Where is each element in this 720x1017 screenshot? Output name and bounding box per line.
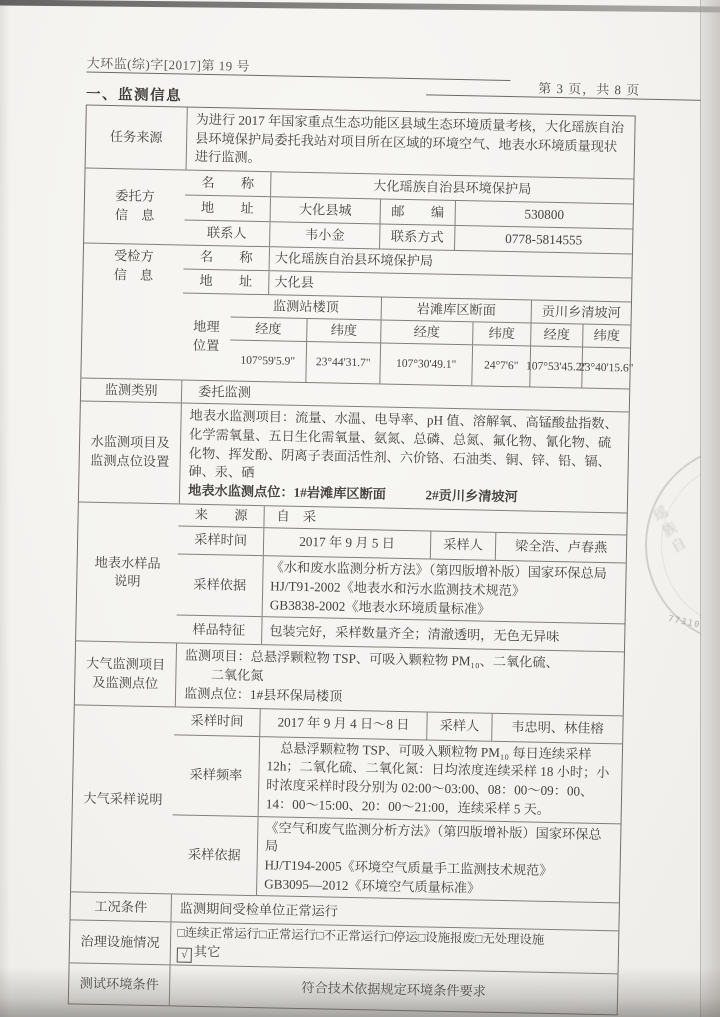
water-time-label: 采样时间	[178, 527, 264, 556]
geo-location-label: 地理 位置	[181, 294, 231, 381]
geo-location-block: 地理 位置 监测站楼顶 岩滩库区断面 贡川乡清坡河 经度 纬度 经度	[181, 293, 631, 389]
checkbox-other-icon: √	[177, 948, 192, 963]
water-items-content: 地表水监测项目：流量、水温、电导率、pH 值、溶解氧、高锰酸盐指数、化学需氧量、…	[179, 404, 629, 513]
geo-site-name: 监测站楼顶	[231, 295, 381, 320]
water-basis-label: 采样依据	[177, 555, 263, 617]
page-content: 大环监(综)字[2017]第 19 号 第 3 页，共 8 页 一、监测信息 任…	[0, 0, 720, 1017]
air-items-row: 大气监测项目 及监测点位 监测项目：总悬浮颗粒物 TSP、可吸入颗粒物 PM₁₀…	[75, 641, 624, 715]
inspected-address-label: 地 址	[183, 270, 268, 295]
client-postcode-label: 邮 编	[380, 200, 455, 226]
geo-lon-value: 107°59'5.9"	[229, 341, 306, 383]
geo-lat-value: 24°7'6"	[471, 346, 530, 387]
client-name-label: 名 称	[185, 171, 270, 197]
water-sample-row: 地表水样品 说明 来 源 自 采 采样时间 2017 年 9 月 5 日 采样人…	[76, 502, 627, 652]
geo-lon-header: 经度	[380, 321, 472, 345]
air-items-label: 大气监测项目 及监测点位	[75, 642, 176, 706]
geo-lat-header: 纬度	[306, 319, 380, 342]
client-postcode-value: 530800	[455, 201, 633, 229]
air-basis-text: 《空气和废气监测分析方法》（第四版增补版）国家环保总局 HJ/T194-2005…	[256, 817, 621, 903]
geo-lat-value: 23°44'31.7"	[305, 342, 380, 383]
air-time-value: 2017 年 9 月 4 日～8 日	[259, 709, 427, 739]
scan-left-shade	[0, 0, 10, 1017]
geo-lon-header: 经度	[230, 318, 306, 342]
treatment-other-label: 其它	[194, 944, 221, 960]
air-sampling-label: 大气采样说明	[71, 705, 175, 894]
water-items-row: 水监测项目及 监测点位设置 地表水监测项目：流量、水温、电导率、pH 值、溶解氧…	[79, 401, 629, 513]
inspected-info-label: 受检方 信 息	[81, 244, 184, 380]
geo-lon-value: 107°53'45.2"	[529, 347, 582, 388]
air-sampler-value: 韦忠明、林佳榕	[491, 713, 623, 743]
page-indicator: 第 3 页，共 8 页	[538, 78, 640, 99]
scanned-paper: 大环监(综)字[2017]第 19 号 第 3 页，共 8 页 一、监测信息 任…	[0, 0, 720, 1017]
inspected-name-label: 名 称	[184, 246, 269, 271]
geo-lat-value: 23°40'15.6"	[581, 348, 630, 389]
geo-lat-header: 纬度	[582, 325, 630, 348]
geo-lat-header: 纬度	[472, 323, 530, 346]
water-items-label: 水监测项目及 监测点位设置	[79, 402, 181, 504]
monitoring-info-table: 任务来源 为进行 2017 年国家重点生态功能区县域生态环境质量考核，大化瑶族自…	[68, 105, 636, 1016]
working-condition-label: 工况条件	[70, 893, 171, 922]
air-basis-label: 采样依据	[171, 815, 258, 896]
air-sampler-label: 采样人	[426, 712, 492, 740]
geo-lon-header: 经度	[530, 324, 582, 347]
geo-site-name: 岩滩库区断面	[381, 298, 531, 323]
client-info-row: 委托方 信 息 名 称 大化瑶族自治县环境保护局 地 址 大化县城 邮 编 53…	[84, 168, 633, 254]
air-time-label: 采样时间	[174, 707, 260, 736]
client-address-value: 大化县城	[270, 197, 380, 223]
doc-number-underline	[86, 72, 510, 82]
water-sample-label: 地表水样品 说明	[76, 503, 179, 643]
water-sampler-value: 梁全浩、卢春燕	[495, 533, 627, 563]
client-address-label: 地 址	[185, 196, 270, 222]
client-contact-value: 韦小金	[269, 222, 379, 248]
water-time-value: 2017 年 9 月 5 日	[263, 528, 431, 558]
inspected-info-row: 受检方 信 息 名 称 大化瑶族自治县环境保护局 地 址 大化县 地理 位置	[81, 243, 632, 389]
water-feature-label: 样品特征	[176, 616, 262, 645]
air-freq-text: 总悬浮颗粒物 TSP、可吸入颗粒物 PM₁₀ 每日连续采样 12h；二氧化硫、二…	[258, 737, 623, 823]
task-source-row: 任务来源 为进行 2017 年国家重点生态功能区县域生态环境质量考核，大化瑶族自…	[86, 106, 635, 179]
task-source-label: 任务来源	[86, 106, 187, 170]
scan-right-edge	[701, 0, 720, 1017]
client-phone-label: 联系方式	[379, 225, 454, 251]
client-info-label: 委托方 信 息	[84, 169, 185, 245]
water-sampler-label: 采样人	[430, 532, 496, 560]
scan-bottom-shadow	[0, 967, 720, 1017]
client-contact-label: 联系人	[184, 221, 269, 247]
client-phone-value: 0778-5814555	[454, 226, 632, 254]
water-source-label: 来 源	[178, 505, 263, 528]
geo-lon-value: 107°30'49.1"	[379, 344, 472, 386]
water-items-text: 地表水监测项目：流量、水温、电导率、pH 值、溶解氧、高锰酸盐指数、化学需氧量、…	[188, 407, 620, 491]
category-label: 监测类别	[81, 379, 181, 403]
air-freq-label: 采样频率	[173, 735, 260, 816]
treatment-facility-label: 治理设施情况	[70, 921, 171, 965]
air-items-text: 监测项目：总悬浮颗粒物 TSP、可吸入颗粒物 PM₁₀、二氧化硫、 二氧化氮 监…	[175, 644, 624, 715]
water-basis-text: 《水和废水监测分析方法》（第四版增补版）国家环保总局 HJ/T91-2002《地…	[262, 556, 626, 623]
air-sampling-row: 大气采样说明 采样时间 2017 年 9 月 4 日～8 日 采样人 韦忠明、林…	[71, 704, 623, 903]
task-source-text: 为进行 2017 年国家重点生态功能区县域生态环境质量考核，大化瑶族自治县环境保…	[186, 108, 635, 179]
geo-site-name: 贡川乡清坡河	[531, 301, 631, 325]
section-title: 一、监测信息	[86, 83, 182, 106]
